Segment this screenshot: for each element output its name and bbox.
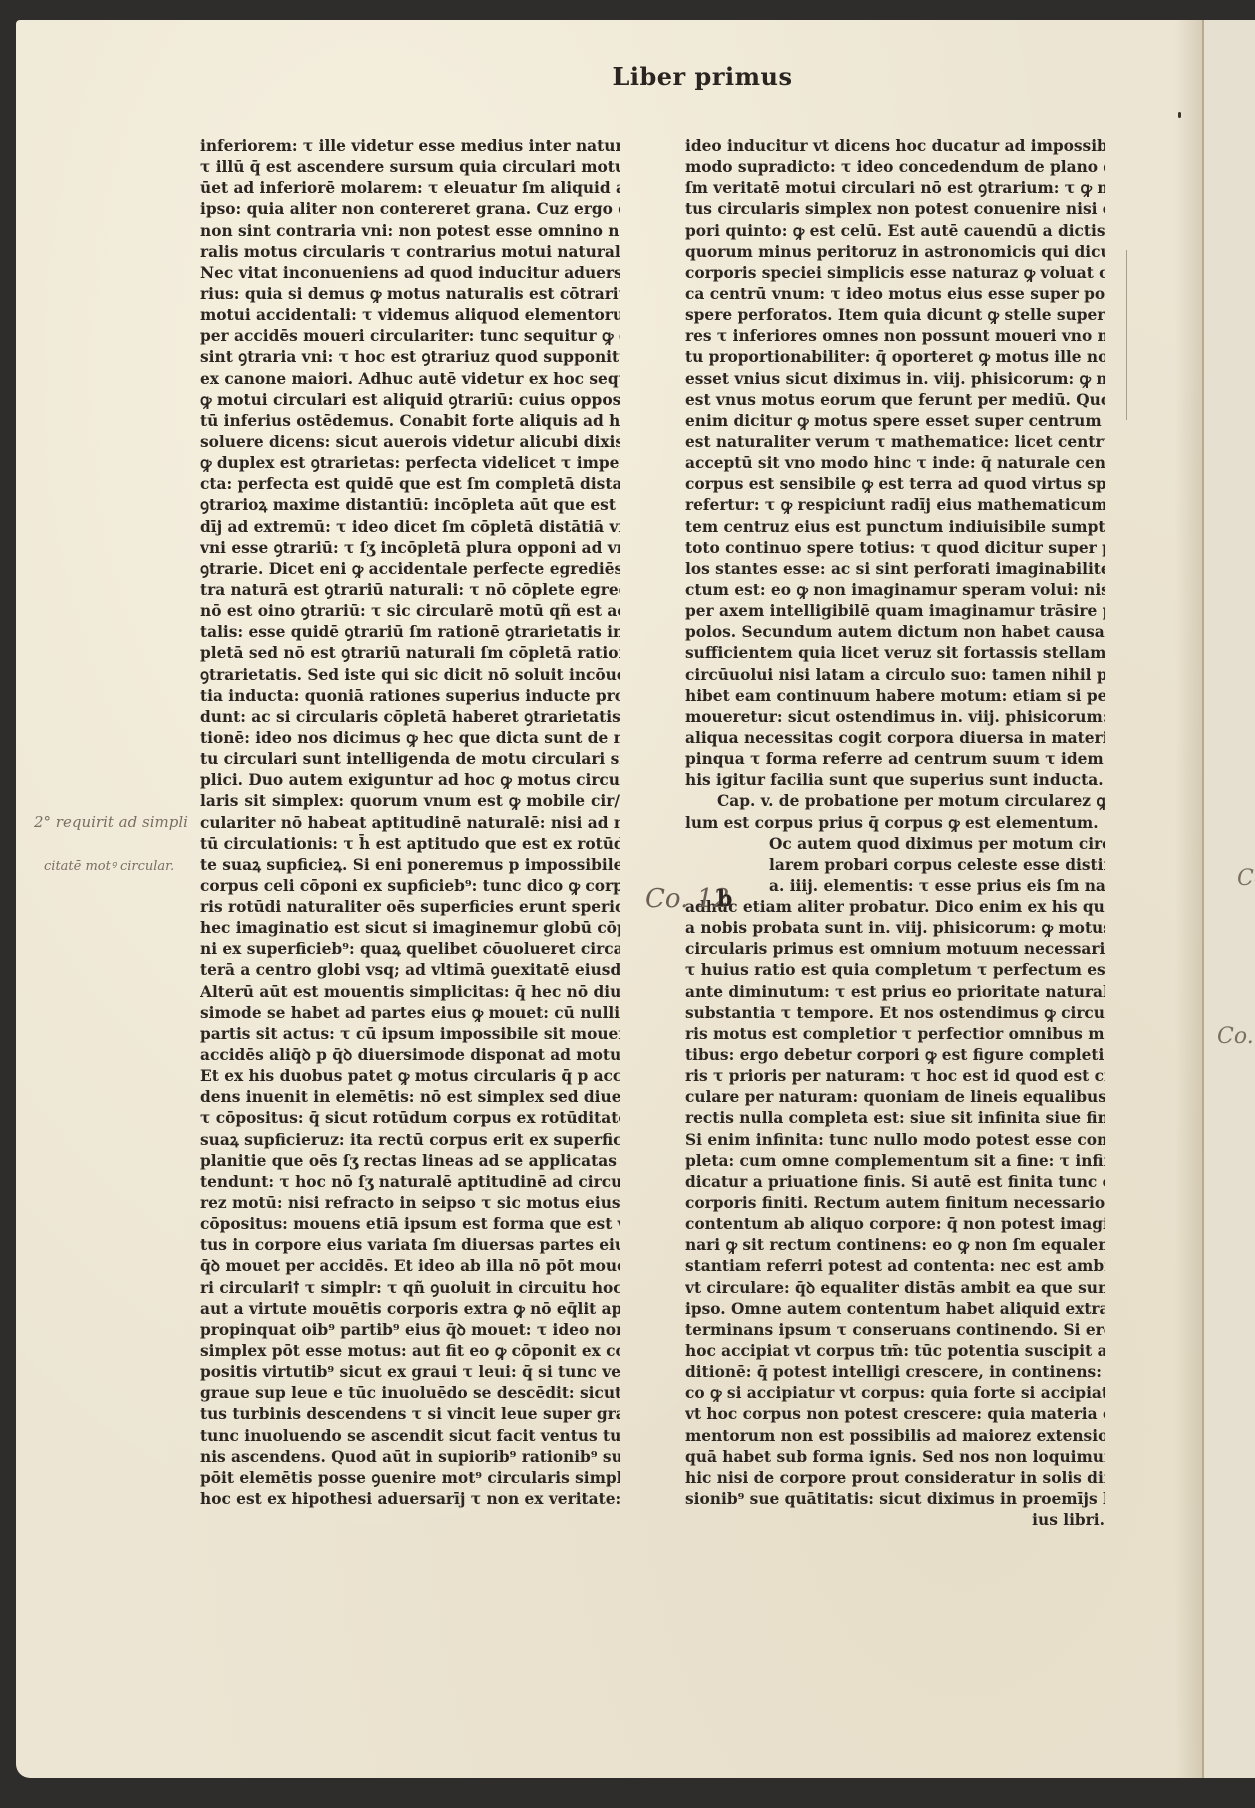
text-line: circūuolui nisi latam a circulo suo: tam… <box>685 665 1105 686</box>
text-line: co ꝙ si accipiatur vt corpus: quia forte… <box>685 1383 1105 1404</box>
text-line: per accidēs moueri circulariter: tunc se… <box>200 326 620 347</box>
text-line: tū inferius ostēdemus. Conabit forte ali… <box>200 411 620 432</box>
text-line: quā habet sub forma ignis. Sed nos non l… <box>685 1447 1105 1468</box>
text-line: te suaꝝ supficieꝝ. Si eni poneremus p im… <box>200 855 620 876</box>
text-line: tionē: ideo nos dicimus ꝙ hec que dicta … <box>200 728 620 749</box>
text-line: laris sit simplex: quorum vnum est ꝙ mob… <box>200 791 620 812</box>
text-line: ris motus est completior τ perfectior om… <box>685 1024 1105 1045</box>
text-line: tū circulationis: τ h̄ est aptitudo que … <box>200 834 620 855</box>
ink-mark <box>1178 112 1181 118</box>
text-line: stantiam referri potest ad contenta: nec… <box>685 1256 1105 1277</box>
text-line: ris rotūdi naturaliter oēs superficies e… <box>200 897 620 918</box>
text-line: ꝯtrarie. Dicet eni ꝙ accidentale perfect… <box>200 559 620 580</box>
final-text-line: ius libri. <box>685 1510 1105 1531</box>
manuscript-bracket-mark <box>1118 250 1127 420</box>
marginal-note-line-1: 2° requirit ad simpli <box>34 813 188 831</box>
text-line: ꝯtrarietatis. Sed iste qui sic dicit nō … <box>200 665 620 686</box>
text-line: ante diminutum: τ est prius eo prioritat… <box>685 982 1105 1003</box>
text-line: substantia τ tempore. Et nos ostendimus … <box>685 1003 1105 1024</box>
text-line: suaꝝ supficieruz: ita rectū corpus erit … <box>200 1130 620 1151</box>
text-line: cōpositus: mouens etiā ipsum est forma q… <box>200 1214 620 1235</box>
left-text-column: inferiorem: τ ille videtur esse medius i… <box>200 136 620 1510</box>
text-line: ipso: quia aliter non contereret grana. … <box>200 199 620 220</box>
text-line: tem centruz eius est punctum indiuisibil… <box>685 517 1105 538</box>
text-line: accidēs aliq̄ꝺ p q̄ꝺ diuersimode dispona… <box>200 1045 620 1066</box>
text-line: quorum minus peritoruz in astronomicis q… <box>685 242 1105 263</box>
text-line: motui accidentali: τ videmus aliquod ele… <box>200 305 620 326</box>
text-line: corporis speciei simplicis esse naturaz … <box>685 263 1105 284</box>
text-line: tunc inuoluendo se ascendit sicut facit … <box>200 1426 620 1447</box>
text-line: cta: perfecta est quidē que est ſm compl… <box>200 474 620 495</box>
text-line: corporis finiti. Rectum autem finitum ne… <box>685 1193 1105 1214</box>
facing-page-edge <box>1202 20 1255 1778</box>
text-line: Oc autem quod diximus per motum circu <box>685 834 1105 855</box>
text-line: ris τ prioris per naturam: τ hoc est id … <box>685 1066 1105 1087</box>
marginal-note-line-2: citatē motꝰ circular. <box>44 856 174 874</box>
text-line: hoc accipiat vt corpus tm̄: tūc potentia… <box>685 1341 1105 1362</box>
running-head: Liber primus <box>0 62 1255 91</box>
text-line: pleta: cum omne complementum sit a fine:… <box>685 1151 1105 1172</box>
text-line: positis virtutib⁹ sicut ex graui τ leui:… <box>200 1362 620 1383</box>
text-line: corpus celi cōponi ex supficieb⁹: tunc d… <box>200 876 620 897</box>
text-line: terminans ipsum τ conseruans continendo.… <box>685 1320 1105 1341</box>
text-line: simplex pōt esse motus: aut fit eo ꝙ cōp… <box>200 1341 620 1362</box>
text-line: tra naturā est ꝯtrariū naturali: τ nō cō… <box>200 580 620 601</box>
text-line: planitie que oēs ſʒ rectas lineas ad se … <box>200 1151 620 1172</box>
text-line: hic nisi de corpore prout consideratur i… <box>685 1468 1105 1489</box>
text-line: rez motū: nisi refracto in seipso τ sic … <box>200 1193 620 1214</box>
text-line: est vnus motus eorum que ferunt per medi… <box>685 390 1105 411</box>
text-line: graue sup leue e tūc inuoluēdo se descēd… <box>200 1383 620 1404</box>
text-line: simode se habet ad partes eius ꝙ mouet: … <box>200 1003 620 1024</box>
text-line: terā a centro globi vsq; ad vltimā ꝯuexi… <box>200 960 620 981</box>
text-line: talis: esse quidē ꝯtrariū ſm rationē ꝯtr… <box>200 622 620 643</box>
text-line: Si enim infinita: tunc nullo modo potest… <box>685 1130 1105 1151</box>
text-line: rius: quia si demus ꝙ motus naturalis es… <box>200 284 620 305</box>
text-line: contentum ab aliquo corpore: q̄ non pote… <box>685 1214 1105 1235</box>
text-line: partis sit actus: τ cū ipsum impossibile… <box>200 1024 620 1045</box>
text-line: dens inuenit in elemētis: nō est simplex… <box>200 1087 620 1108</box>
text-line: Alterū aūt est mouentis simplicitas: q̄ … <box>200 982 620 1003</box>
text-line: Nec vitat inconueniens ad quod inducitur… <box>200 263 620 284</box>
text-line: tia inducta: quoniā rationes superius in… <box>200 686 620 707</box>
facing-page-note-1: Co <box>1237 866 1255 891</box>
text-line: hoc est ex hipothesi aduersarīj τ non ex… <box>200 1489 620 1510</box>
text-line: a. iiij. elementis: τ esse prius eis ſm … <box>685 876 1105 897</box>
text-line: moueretur: sicut ostendimus in. viij. ph… <box>685 707 1105 728</box>
text-line: hec imaginatio est sicut si imaginemur g… <box>200 918 620 939</box>
text-line: tendunt: τ hoc nō ſʒ naturalē aptitudinē… <box>200 1172 620 1193</box>
text-line: sionib⁹ sue quātitatis: sicut diximus in… <box>685 1489 1105 1510</box>
text-line: ex canone maiori. Adhuc autē videtur ex … <box>200 369 620 390</box>
text-line: aut a virtute mouētis corporis extra ꝙ n… <box>200 1299 620 1320</box>
text-line: inferiorem: τ ille videtur esse medius i… <box>200 136 620 157</box>
text-line: ꝯtrarioꝝ maxime distantiū: incōpleta aūt… <box>200 495 620 516</box>
text-line: acceptū sit vno modo hinc τ inde: q̄ nat… <box>685 453 1105 474</box>
text-line: ꝙ duplex est ꝯtrarietas: perfecta videli… <box>200 453 620 474</box>
text-line: ꝙ motui circulari est aliquid ꝯtrariū: c… <box>200 390 620 411</box>
text-line: mentorum non est possibilis ad maiorez e… <box>685 1426 1105 1447</box>
text-line: hibet eam continuum habere motum: etiam … <box>685 686 1105 707</box>
text-line: ni ex superficieb⁹: quaꝝ quelibet cōuolu… <box>200 939 620 960</box>
text-line: per axem intelligibilē quam imaginamur t… <box>685 601 1105 622</box>
text-line: polos. Secundum autem dictum non habet c… <box>685 622 1105 643</box>
text-line: ditionē: q̄ potest intelligi crescere, i… <box>685 1362 1105 1383</box>
text-line: nari ꝙ sit rectum continens: eo ꝙ non ſm… <box>685 1235 1105 1256</box>
text-line: refertur: τ ꝙ respiciunt radīj eius math… <box>685 495 1105 516</box>
text-line: propinquat oib⁹ partib⁹ eius q̄ꝺ mouet: … <box>200 1320 620 1341</box>
chapter-heading-line: Cap. v. de probatione per motum circular… <box>685 791 1105 812</box>
text-line: Et ex his duobus patet ꝙ motus circulari… <box>200 1066 620 1087</box>
text-line: pletā sed nō est ꝯtrariū naturali ſm cōp… <box>200 643 620 664</box>
text-line: ipso. Omne autem contentum habet aliquid… <box>685 1299 1105 1320</box>
text-line: plici. Duo autem exiguntur ad hoc ꝙ motu… <box>200 770 620 791</box>
text-line: tu proportionabiliter: q̄ oporteret ꝙ mo… <box>685 347 1105 368</box>
text-line: aliqua necessitas cogit corpora diuersa … <box>685 728 1105 749</box>
text-line: ri circulariꝉ τ simplr: τ qñ ꝯuoluit in … <box>200 1278 620 1299</box>
signature-mark: b <box>717 886 732 912</box>
text-line: soluere dicens: sicut auerois videtur al… <box>200 432 620 453</box>
text-line: res τ inferiores omnes non possunt mouer… <box>685 326 1105 347</box>
text-line: tus in corpore eius variata ſm diuersas … <box>200 1235 620 1256</box>
right-text-column: ideo inducitur vt dicens hoc ducatur ad … <box>685 136 1105 1531</box>
text-line: nō est oino ꝯtrariū: τ sic circularē mot… <box>200 601 620 622</box>
facing-page-note-2: Co.1 <box>1217 1024 1255 1049</box>
text-line: spere perforatos. Item quia dicunt ꝙ ste… <box>685 305 1105 326</box>
text-line: nis ascendens. Quod aūt in supiorib⁹ rat… <box>200 1447 620 1468</box>
text-line: est naturaliter verum τ mathematice: lic… <box>685 432 1105 453</box>
text-line: ūet ad inferiorē molarem: τ eleuatur ſm … <box>200 178 620 199</box>
text-line: τ illū q̄ est ascendere sursum quia circ… <box>200 157 620 178</box>
text-line: tibus: ergo debetur corpori ꝙ est figure… <box>685 1045 1105 1066</box>
text-line: τ cōpositus: q̄ sicut rotūdum corpus ex … <box>200 1108 620 1129</box>
text-line: culare per naturam: quoniam de lineis eq… <box>685 1087 1105 1108</box>
text-line: culariter nō habeat aptitudinē naturalē:… <box>200 813 620 834</box>
chapter-heading-line: lum est corpus prius q̄ corpus ꝙ est ele… <box>685 813 1105 834</box>
text-line: pōit elemētis posse ꝯuenire mot⁹ circula… <box>200 1468 620 1489</box>
text-line: τ huius ratio est quia completum τ perfe… <box>685 960 1105 981</box>
text-line: ideo inducitur vt dicens hoc ducatur ad … <box>685 136 1105 157</box>
text-line: pori quinto: ꝙ est celū. Est autē cauend… <box>685 221 1105 242</box>
text-line: sint ꝯtraria vni: τ hoc est ꝯtrariuz quo… <box>200 347 620 368</box>
text-line: corpus est sensibile ꝙ est terra ad quod… <box>685 474 1105 495</box>
gutter-shadow <box>1175 20 1202 1778</box>
text-line: tu circulari sunt intelligenda de motu c… <box>200 749 620 770</box>
text-line: his igitur facilia sunt que superius sun… <box>685 770 1105 791</box>
text-line: vt circulare: q̄ꝺ equaliter distās ambit… <box>685 1278 1105 1299</box>
text-line: vni esse ꝯtrariū: τ ſʒ incōpletā plura o… <box>200 538 620 559</box>
text-line: ca centrū vnum: τ ideo motus eius esse s… <box>685 284 1105 305</box>
text-line: dīj ad extremū: τ ideo dicet ſm cōpletā … <box>200 517 620 538</box>
text-line: tus turbinis descendens τ si vincit leue… <box>200 1404 620 1425</box>
text-line: tus circularis simplex non potest conuen… <box>685 199 1105 220</box>
text-line: ctum est: eo ꝙ non imaginamur speram vol… <box>685 580 1105 601</box>
text-line: non sint contraria vni: non potest esse … <box>200 221 620 242</box>
text-line: rectis nulla completa est: siue sit infi… <box>685 1108 1105 1129</box>
text-line: sufficientem quia licet veruz sit fortas… <box>685 643 1105 664</box>
text-line: larem probari corpus celeste esse distin… <box>685 855 1105 876</box>
text-line: pinqua τ forma referre ad centrum suum τ… <box>685 749 1105 770</box>
text-line: dicatur a priuatione finis. Si autē est … <box>685 1172 1105 1193</box>
text-line: vt hoc corpus non potest crescere: quia … <box>685 1404 1105 1425</box>
text-line: esset vnius sicut diximus in. viij. phis… <box>685 369 1105 390</box>
text-line: toto continuo spere totius: τ quod dicit… <box>685 538 1105 559</box>
text-line: ſm veritatē motui circulari nō est ꝯtrar… <box>685 178 1105 199</box>
text-line: q̄ꝺ mouet per accidēs. Et ideo ab illa n… <box>200 1256 620 1277</box>
text-line: modo supradicto: τ ideo concedendum de p… <box>685 157 1105 178</box>
text-line: dunt: ac si circularis cōpletā haberet ꝯ… <box>200 707 620 728</box>
text-line: los stantes esse: ac si sint perforati i… <box>685 559 1105 580</box>
text-line: ralis motus circularis τ contrarius motu… <box>200 242 620 263</box>
text-line: enim dicitur ꝙ motus spere esset super c… <box>685 411 1105 432</box>
